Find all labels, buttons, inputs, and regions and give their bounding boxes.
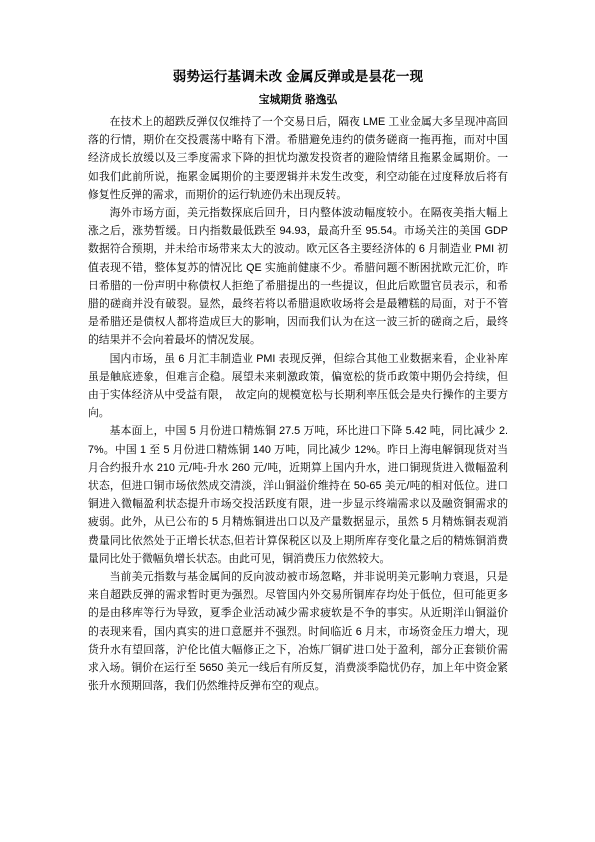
article-byline: 宝城期货 骆逸弘 <box>88 91 508 109</box>
article-paragraph-4: 基本面上，中国 5 月份进口精炼铜 27.5 万吨，环比进口下降 5.42 吨，… <box>88 422 508 568</box>
article-body: 在技术上的超跌反弹仅仅维持了一个交易日后，隔夜 LME 工业金属大多呈现冲高回落… <box>88 113 508 696</box>
article-paragraph-2: 海外市场方面，美元指数探底后回升，日内整体波动幅度较小。在隔夜美指大幅上涨之后，… <box>88 204 508 350</box>
article-paragraph-3: 国内市场，虽 6 月汇丰制造业 PMI 表现反弹，但综合其他工业数据来看，企业补… <box>88 350 508 423</box>
article-paragraph-5: 当前美元指数与基金属间的反向波动被市场忽略，并非说明美元影响力衰退，只是来自超跌… <box>88 568 508 695</box>
article-title: 弱势运行基调未改 金属反弹或是昙花一现 <box>88 68 508 86</box>
document-page: 弱势运行基调未改 金属反弹或是昙花一现 宝城期货 骆逸弘 在技术上的超跌反弹仅仅… <box>0 0 595 842</box>
article-paragraph-1: 在技术上的超跌反弹仅仅维持了一个交易日后，隔夜 LME 工业金属大多呈现冲高回落… <box>88 113 508 204</box>
